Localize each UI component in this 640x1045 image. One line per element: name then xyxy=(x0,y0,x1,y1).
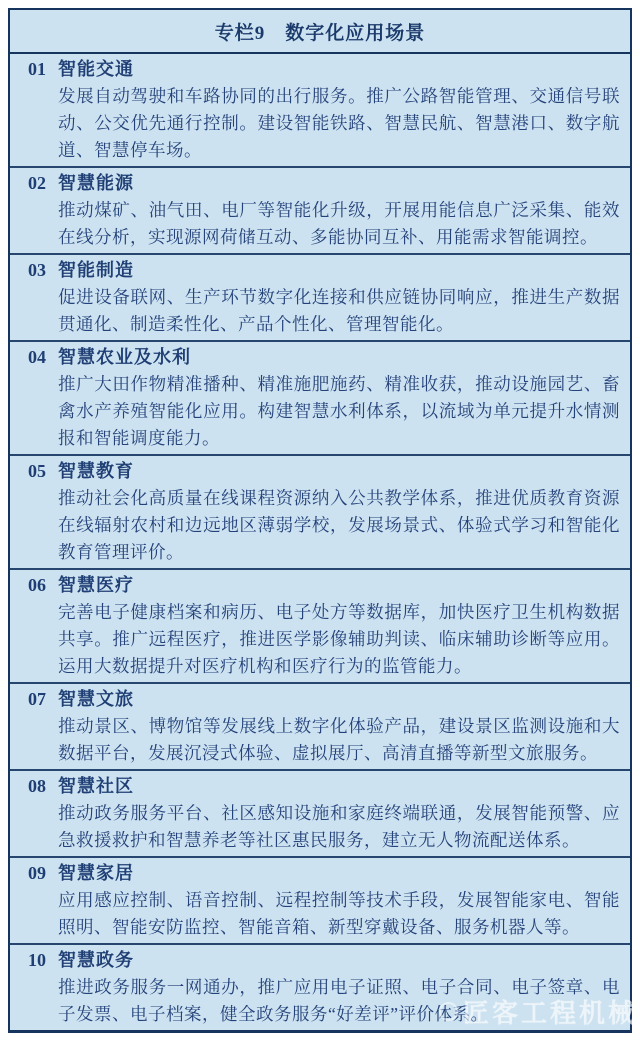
feature-box: 专栏9 数字化应用场景 01 智能交通 发展自动驾驶和车路协同的出行服务。推广公… xyxy=(8,8,632,1033)
section-row-04: 04 智慧农业及水利 推广大田作物精准播种、精准施肥施药、精准收获，推动设施园艺… xyxy=(10,340,630,454)
section-title: 智能交通 xyxy=(58,56,134,83)
box-title: 专栏9 数字化应用场景 xyxy=(10,10,630,54)
section-title: 智慧政务 xyxy=(58,947,134,974)
section-description: 应用感应控制、语音控制、远程控制等技术手段，发展智能家电、智能照明、智能安防监控… xyxy=(58,887,620,941)
section-row-06: 06 智慧医疗 完善电子健康档案和病历、电子处方等数据库，加快医疗卫生机构数据共… xyxy=(10,568,630,682)
section-description: 推动政务服务平台、社区感知设施和家庭终端联通，发展智能预警、应急救援救护和智慧养… xyxy=(58,800,620,854)
section-number: 10 xyxy=(28,947,58,974)
section-number: 03 xyxy=(28,257,58,284)
section-title: 智能制造 xyxy=(58,257,134,284)
section-number: 02 xyxy=(28,170,58,197)
section-number: 07 xyxy=(28,686,58,713)
section-heading: 05 智慧教育 xyxy=(10,458,630,485)
section-heading: 06 智慧医疗 xyxy=(10,572,630,599)
section-number: 05 xyxy=(28,458,58,485)
section-title: 智慧社区 xyxy=(58,773,134,800)
section-heading: 10 智慧政务 xyxy=(10,947,630,974)
section-description: 促进设备联网、生产环节数字化连接和供应链协同响应，推进生产数据贯通化、制造柔性化… xyxy=(58,284,620,338)
section-number: 04 xyxy=(28,344,58,371)
section-description: 推动煤矿、油气田、电厂等智能化升级，开展用能信息广泛采集、能效在线分析，实现源网… xyxy=(58,197,620,251)
section-description: 推进政务服务一网通办，推广应用电子证照、电子合同、电子签章、电子发票、电子档案，… xyxy=(58,974,620,1028)
section-heading: 04 智慧农业及水利 xyxy=(10,344,630,371)
section-heading: 03 智能制造 xyxy=(10,257,630,284)
section-heading: 02 智慧能源 xyxy=(10,170,630,197)
section-row-09: 09 智慧家居 应用感应控制、语音控制、远程控制等技术手段，发展智能家电、智能照… xyxy=(10,856,630,943)
section-description: 推广大田作物精准播种、精准施肥施药、精准收获，推动设施园艺、畜禽水产养殖智能化应… xyxy=(58,371,620,452)
section-description: 推动社会化高质量在线课程资源纳入公共教学体系，推进优质教育资源在线辐射农村和边远… xyxy=(58,485,620,566)
section-row-08: 08 智慧社区 推动政务服务平台、社区感知设施和家庭终端联通，发展智能预警、应急… xyxy=(10,769,630,856)
section-number: 06 xyxy=(28,572,58,599)
section-row-07: 07 智慧文旅 推动景区、博物馆等发展线上数字化体验产品，建设景区监测设施和大数… xyxy=(10,682,630,769)
section-title: 智慧农业及水利 xyxy=(58,344,191,371)
section-number: 08 xyxy=(28,773,58,800)
section-heading: 08 智慧社区 xyxy=(10,773,630,800)
section-heading: 09 智慧家居 xyxy=(10,860,630,887)
section-description: 发展自动驾驶和车路协同的出行服务。推广公路智能管理、交通信号联动、公交优先通行控… xyxy=(58,83,620,164)
section-row-01: 01 智能交通 发展自动驾驶和车路协同的出行服务。推广公路智能管理、交通信号联动… xyxy=(10,54,630,166)
section-description: 推动景区、博物馆等发展线上数字化体验产品，建设景区监测设施和大数据平台，发展沉浸… xyxy=(58,713,620,767)
section-title: 智慧家居 xyxy=(58,860,134,887)
section-heading: 01 智能交通 xyxy=(10,56,630,83)
section-row-10: 10 智慧政务 推进政务服务一网通办，推广应用电子证照、电子合同、电子签章、电子… xyxy=(10,943,630,1030)
section-row-02: 02 智慧能源 推动煤矿、油气田、电厂等智能化升级，开展用能信息广泛采集、能效在… xyxy=(10,166,630,253)
section-row-05: 05 智慧教育 推动社会化高质量在线课程资源纳入公共教学体系，推进优质教育资源在… xyxy=(10,454,630,568)
section-number: 01 xyxy=(28,56,58,83)
section-title: 智慧文旅 xyxy=(58,686,134,713)
section-title: 智慧教育 xyxy=(58,458,134,485)
section-title: 智慧能源 xyxy=(58,170,134,197)
section-heading: 07 智慧文旅 xyxy=(10,686,630,713)
section-title: 智慧医疗 xyxy=(58,572,134,599)
section-row-03: 03 智能制造 促进设备联网、生产环节数字化连接和供应链协同响应，推进生产数据贯… xyxy=(10,253,630,340)
section-number: 09 xyxy=(28,860,58,887)
section-description: 完善电子健康档案和病历、电子处方等数据库，加快医疗卫生机构数据共享。推广远程医疗… xyxy=(58,599,620,680)
